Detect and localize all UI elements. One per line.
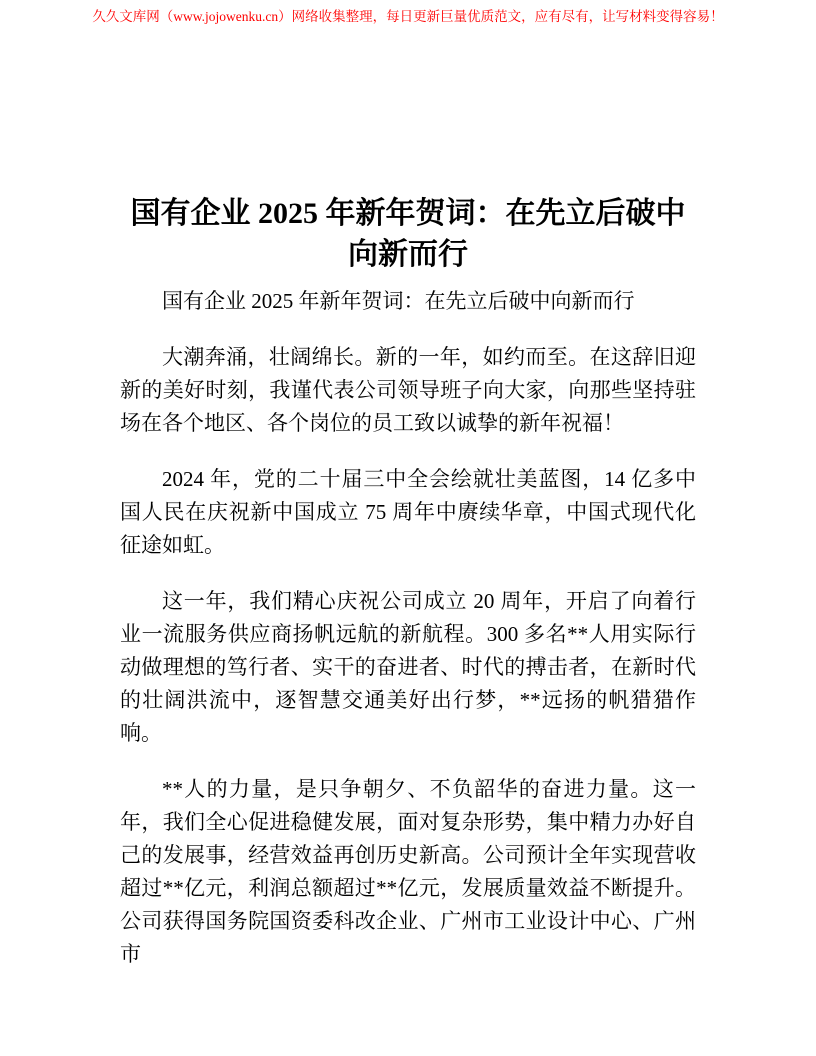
document-subtitle: 国有企业 2025 年新年贺词：在先立后破中向新而行 <box>120 285 696 318</box>
site-watermark-header: 久久文库网（www.jojowenku.cn）网络收集整理，每日更新巨量优质范文… <box>0 0 816 26</box>
body-paragraph: 2024 年，党的二十届三中全会绘就壮美蓝图，14 亿多中国人民在庆祝新中国成立… <box>120 463 696 562</box>
document-content: 国有企业 2025 年新年贺词：在先立后破中向新而行 国有企业 2025 年新年… <box>120 193 696 971</box>
document-page: 久久文库网（www.jojowenku.cn）网络收集整理，每日更新巨量优质范文… <box>0 0 816 1056</box>
body-paragraph: **人的力量，是只争朝夕、不负韶华的奋进力量。这一年，我们全心促进稳健发展，面对… <box>120 773 696 971</box>
body-paragraph: 这一年，我们精心庆祝公司成立 20 周年，开启了向着行业一流服务供应商扬帆远航的… <box>120 585 696 750</box>
body-paragraph: 大潮奔涌，壮阔绵长。新的一年，如约而至。在这辞旧迎新的美好时刻，我谨代表公司领导… <box>120 341 696 440</box>
document-title: 国有企业 2025 年新年贺词：在先立后破中向新而行 <box>120 193 696 275</box>
